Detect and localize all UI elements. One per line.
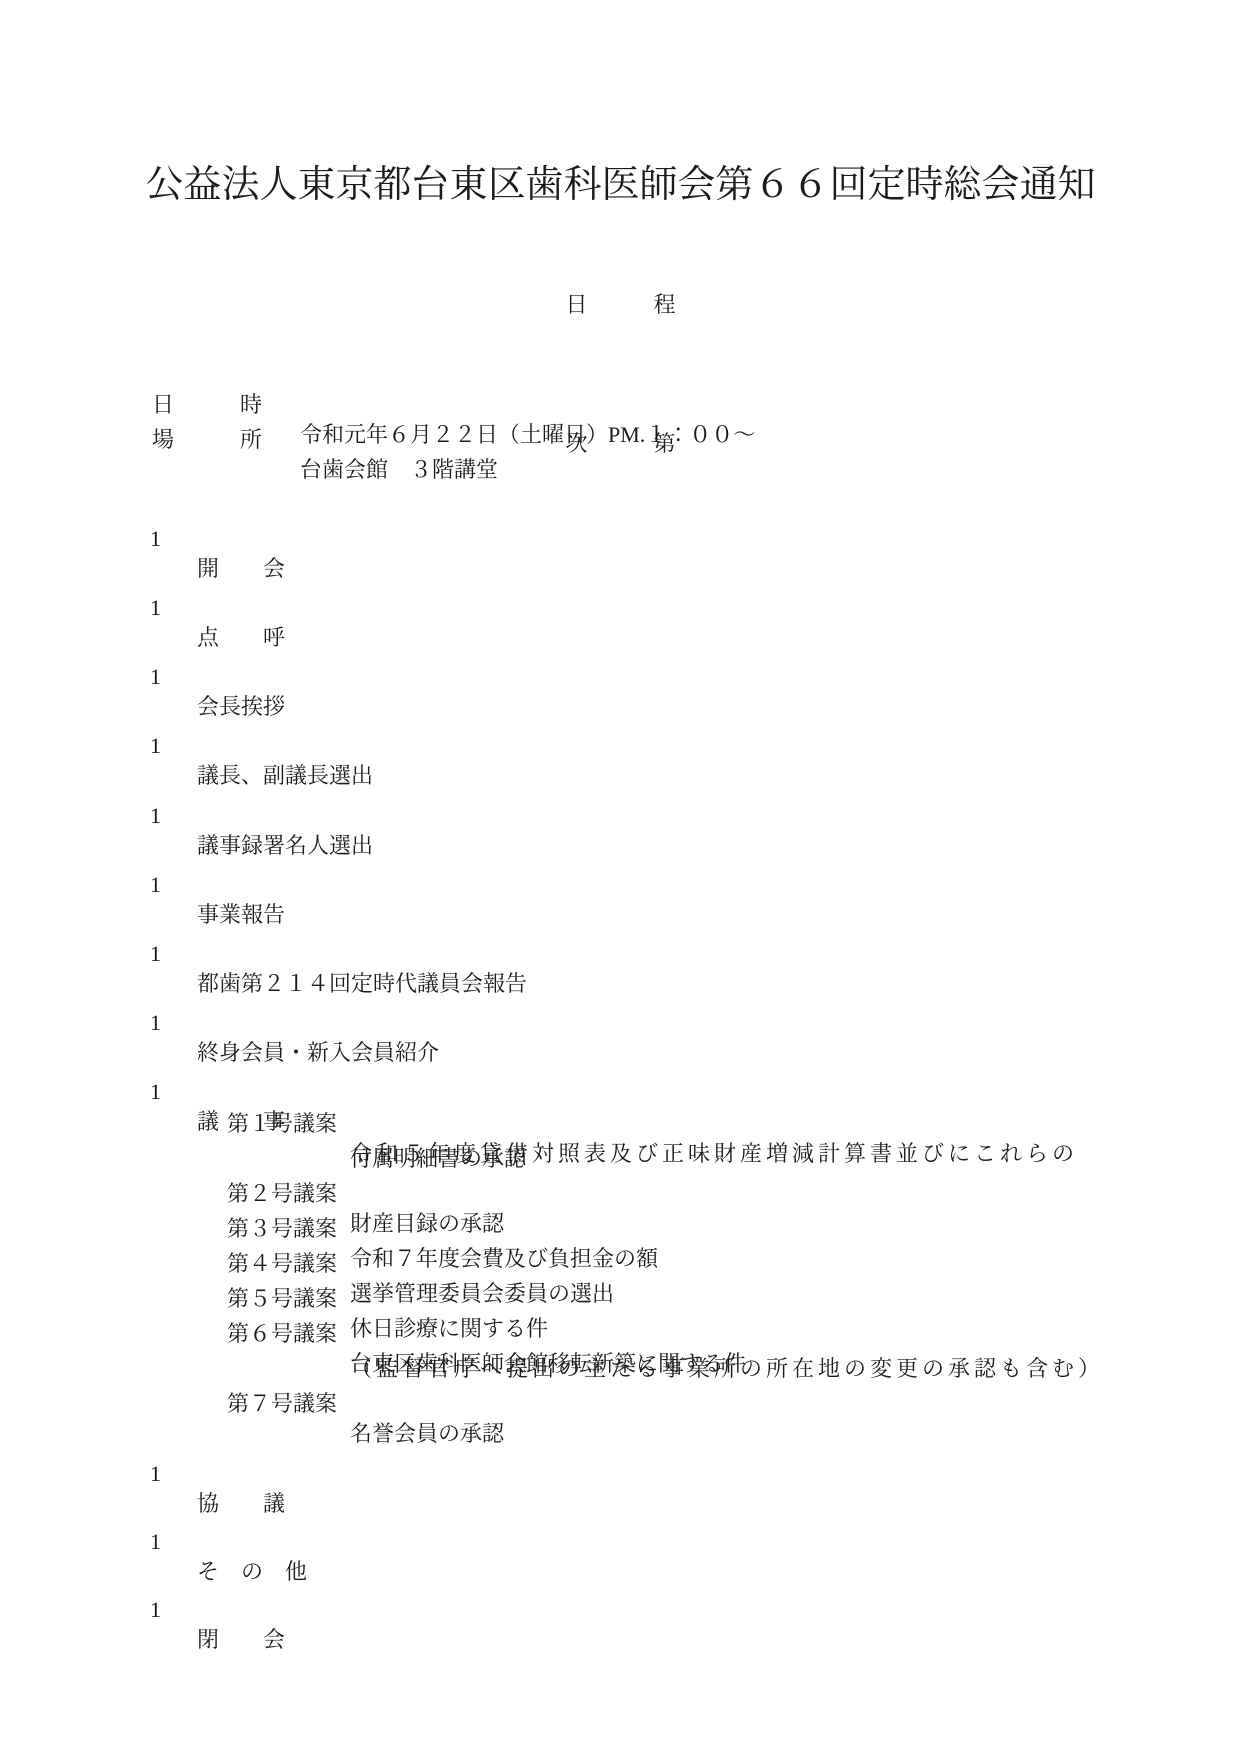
proposal-row: 第５号議案 休日診療に関する件: [0, 1254, 1241, 1288]
document-title: 公益法人東京都台東区歯科医師会第６６回定時総会通知: [0, 162, 1241, 208]
item-number: 1: [150, 524, 161, 554]
agenda-item: 1 議 事: [0, 1047, 1241, 1081]
proposal-row: 第６号議案 台東区歯科医師会館移転新築に関する件: [0, 1289, 1241, 1323]
item-number: 1: [150, 870, 161, 900]
proposal-label: 第７号議案: [227, 1389, 337, 1419]
item-number: 1: [150, 1459, 161, 1489]
proposal-row: （監督官庁へ提出の主たる事業所の所在地の変更の承認も含む）: [0, 1324, 1241, 1358]
item-number: 1: [150, 939, 161, 969]
item-number: 1: [150, 801, 161, 831]
document-page: 公益法人東京都台東区歯科医師会第６６回定時総会通知 日 程 日 時 令和元年６月…: [0, 0, 1241, 1754]
agenda-item: 1 終身会員・新入会員紹介: [0, 978, 1241, 1012]
closing-item: 1 協 議: [0, 1429, 1241, 1463]
closing-item: 1 そ の 他: [0, 1497, 1241, 1531]
proposal-row: 第４号議案 選挙管理委員会委員の選出: [0, 1219, 1241, 1253]
proposal-row: 付属明細書の承認: [0, 1114, 1241, 1148]
item-number: 1: [150, 662, 161, 692]
info-line-datetime: 日 時 令和元年６月２２日（土曜日）PM.１：００～: [0, 360, 1241, 394]
agenda-item: 1 開 会: [0, 494, 1241, 528]
agenda-item: 1 点 呼: [0, 563, 1241, 597]
agenda-item: 1 会長挨拶: [0, 632, 1241, 666]
closing-item: 1 閉 会: [0, 1565, 1241, 1599]
info-line-place: 場 所 台歯会館 ３階講堂: [0, 395, 1241, 429]
proposal-row: 第２号議案 財産目録の承認: [0, 1149, 1241, 1183]
item-number: 1: [150, 1595, 161, 1625]
item-number: 1: [150, 593, 161, 623]
proposal-row: 第１号議案 令和５年度貸借対照表及び正味財産増減計算書並びにこれらの: [0, 1079, 1241, 1113]
schedule-heading: 日 程: [0, 290, 1241, 324]
proposal-row: 第３号議案 令和７年度会費及び負担金の額: [0, 1184, 1241, 1218]
agenda-item: 1 議事録署名人選出: [0, 771, 1241, 805]
item-number: 1: [150, 731, 161, 761]
agenda-item: 1 都歯第２１４回定時代議員会報告: [0, 909, 1241, 943]
item-text: 閉 会: [197, 1625, 285, 1655]
order-heading: 次 第: [0, 429, 1241, 463]
agenda-item: 1 事業報告: [0, 840, 1241, 874]
item-number: 1: [150, 1008, 161, 1038]
agenda-item: 1 議長、副議長選出: [0, 701, 1241, 735]
item-number: 1: [150, 1527, 161, 1557]
proposal-row: 第７号議案 名誉会員の承認: [0, 1359, 1241, 1393]
